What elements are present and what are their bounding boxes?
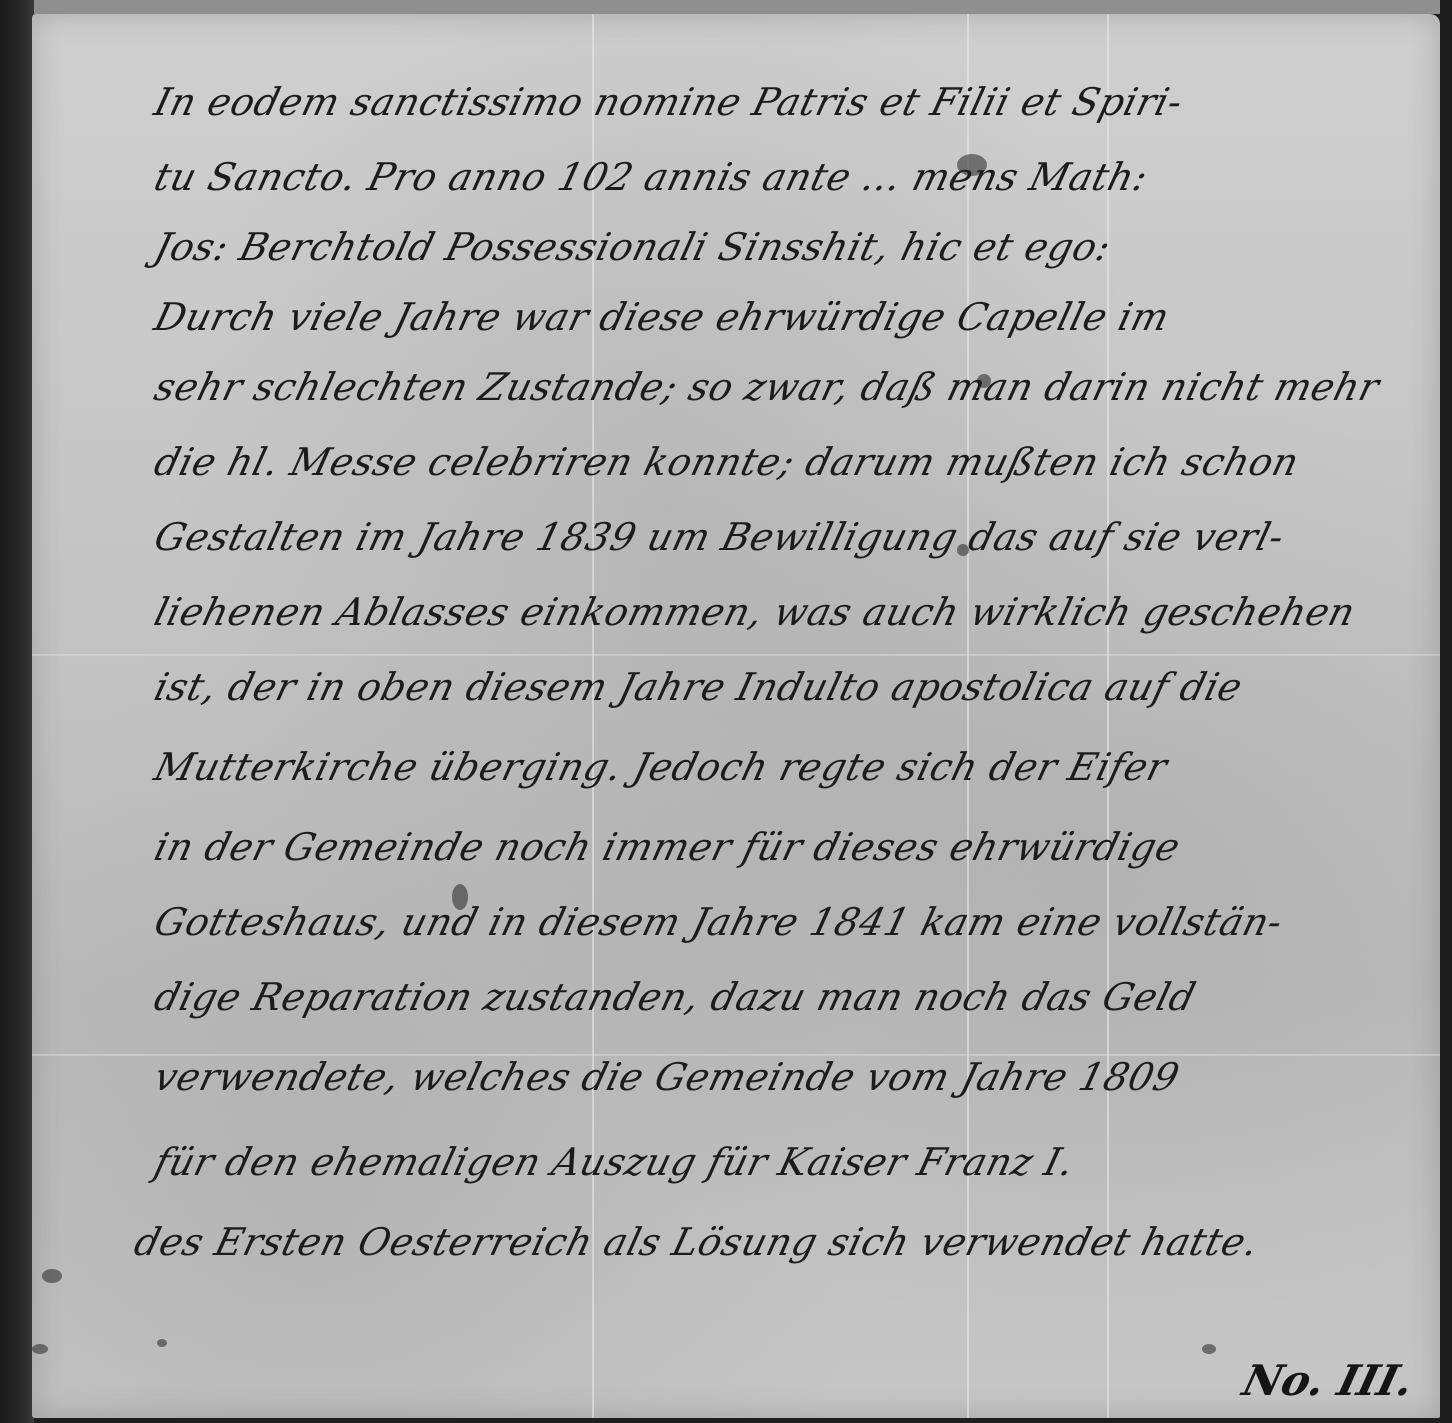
scan-right-border (1440, 0, 1452, 1423)
text-line-8: liehenen Ablasses einkommen, was auch wi… (150, 590, 1360, 634)
text-line-4: Durch viele Jahre war diese ehrwürdige C… (150, 295, 1174, 339)
text-line-10: Mutterkirche überging. Jedoch regte sich… (150, 745, 1172, 789)
document-number: No. III. (1237, 1356, 1418, 1405)
ink-stain (32, 1344, 48, 1354)
text-line-13: dige Reparation zustanden, dazu man noch… (150, 975, 1200, 1019)
text-line-12: Gotteshaus, und in diesem Jahre 1841 kam… (150, 900, 1287, 944)
ink-stain (42, 1269, 62, 1283)
text-line-14: verwendete, welches die Gemeinde vom Jah… (150, 1055, 1184, 1099)
scan-left-border (0, 0, 34, 1423)
ink-stain (157, 1339, 167, 1347)
text-line-3: Jos: Berchtold Possessionali Sinsshit, h… (150, 225, 1115, 269)
text-line-11: in der Gemeinde noch immer für dieses eh… (150, 825, 1185, 869)
text-line-2: tu Sancto. Pro anno 102 annis ante ... m… (150, 155, 1153, 199)
paper-fold (32, 654, 1440, 656)
text-line-7: Gestalten im Jahre 1839 um Bewilligung d… (150, 515, 1289, 559)
ink-stain (1202, 1344, 1216, 1354)
text-line-5: sehr schlechten Zustande; so zwar, daß m… (150, 365, 1384, 409)
text-line-9: ist, der in oben diesem Jahre Indulto ap… (150, 665, 1247, 709)
text-line-15: für den ehemaligen Auszug für Kaiser Fra… (150, 1140, 1079, 1184)
text-line-16: des Ersten Oesterreich als Lösung sich v… (130, 1220, 1263, 1264)
scan-top-strip (0, 0, 1452, 14)
text-line-6: die hl. Messe celebriren konnte; darum m… (150, 440, 1304, 484)
text-line-1: In eodem sanctissimo nomine Patris et Fi… (150, 80, 1187, 124)
